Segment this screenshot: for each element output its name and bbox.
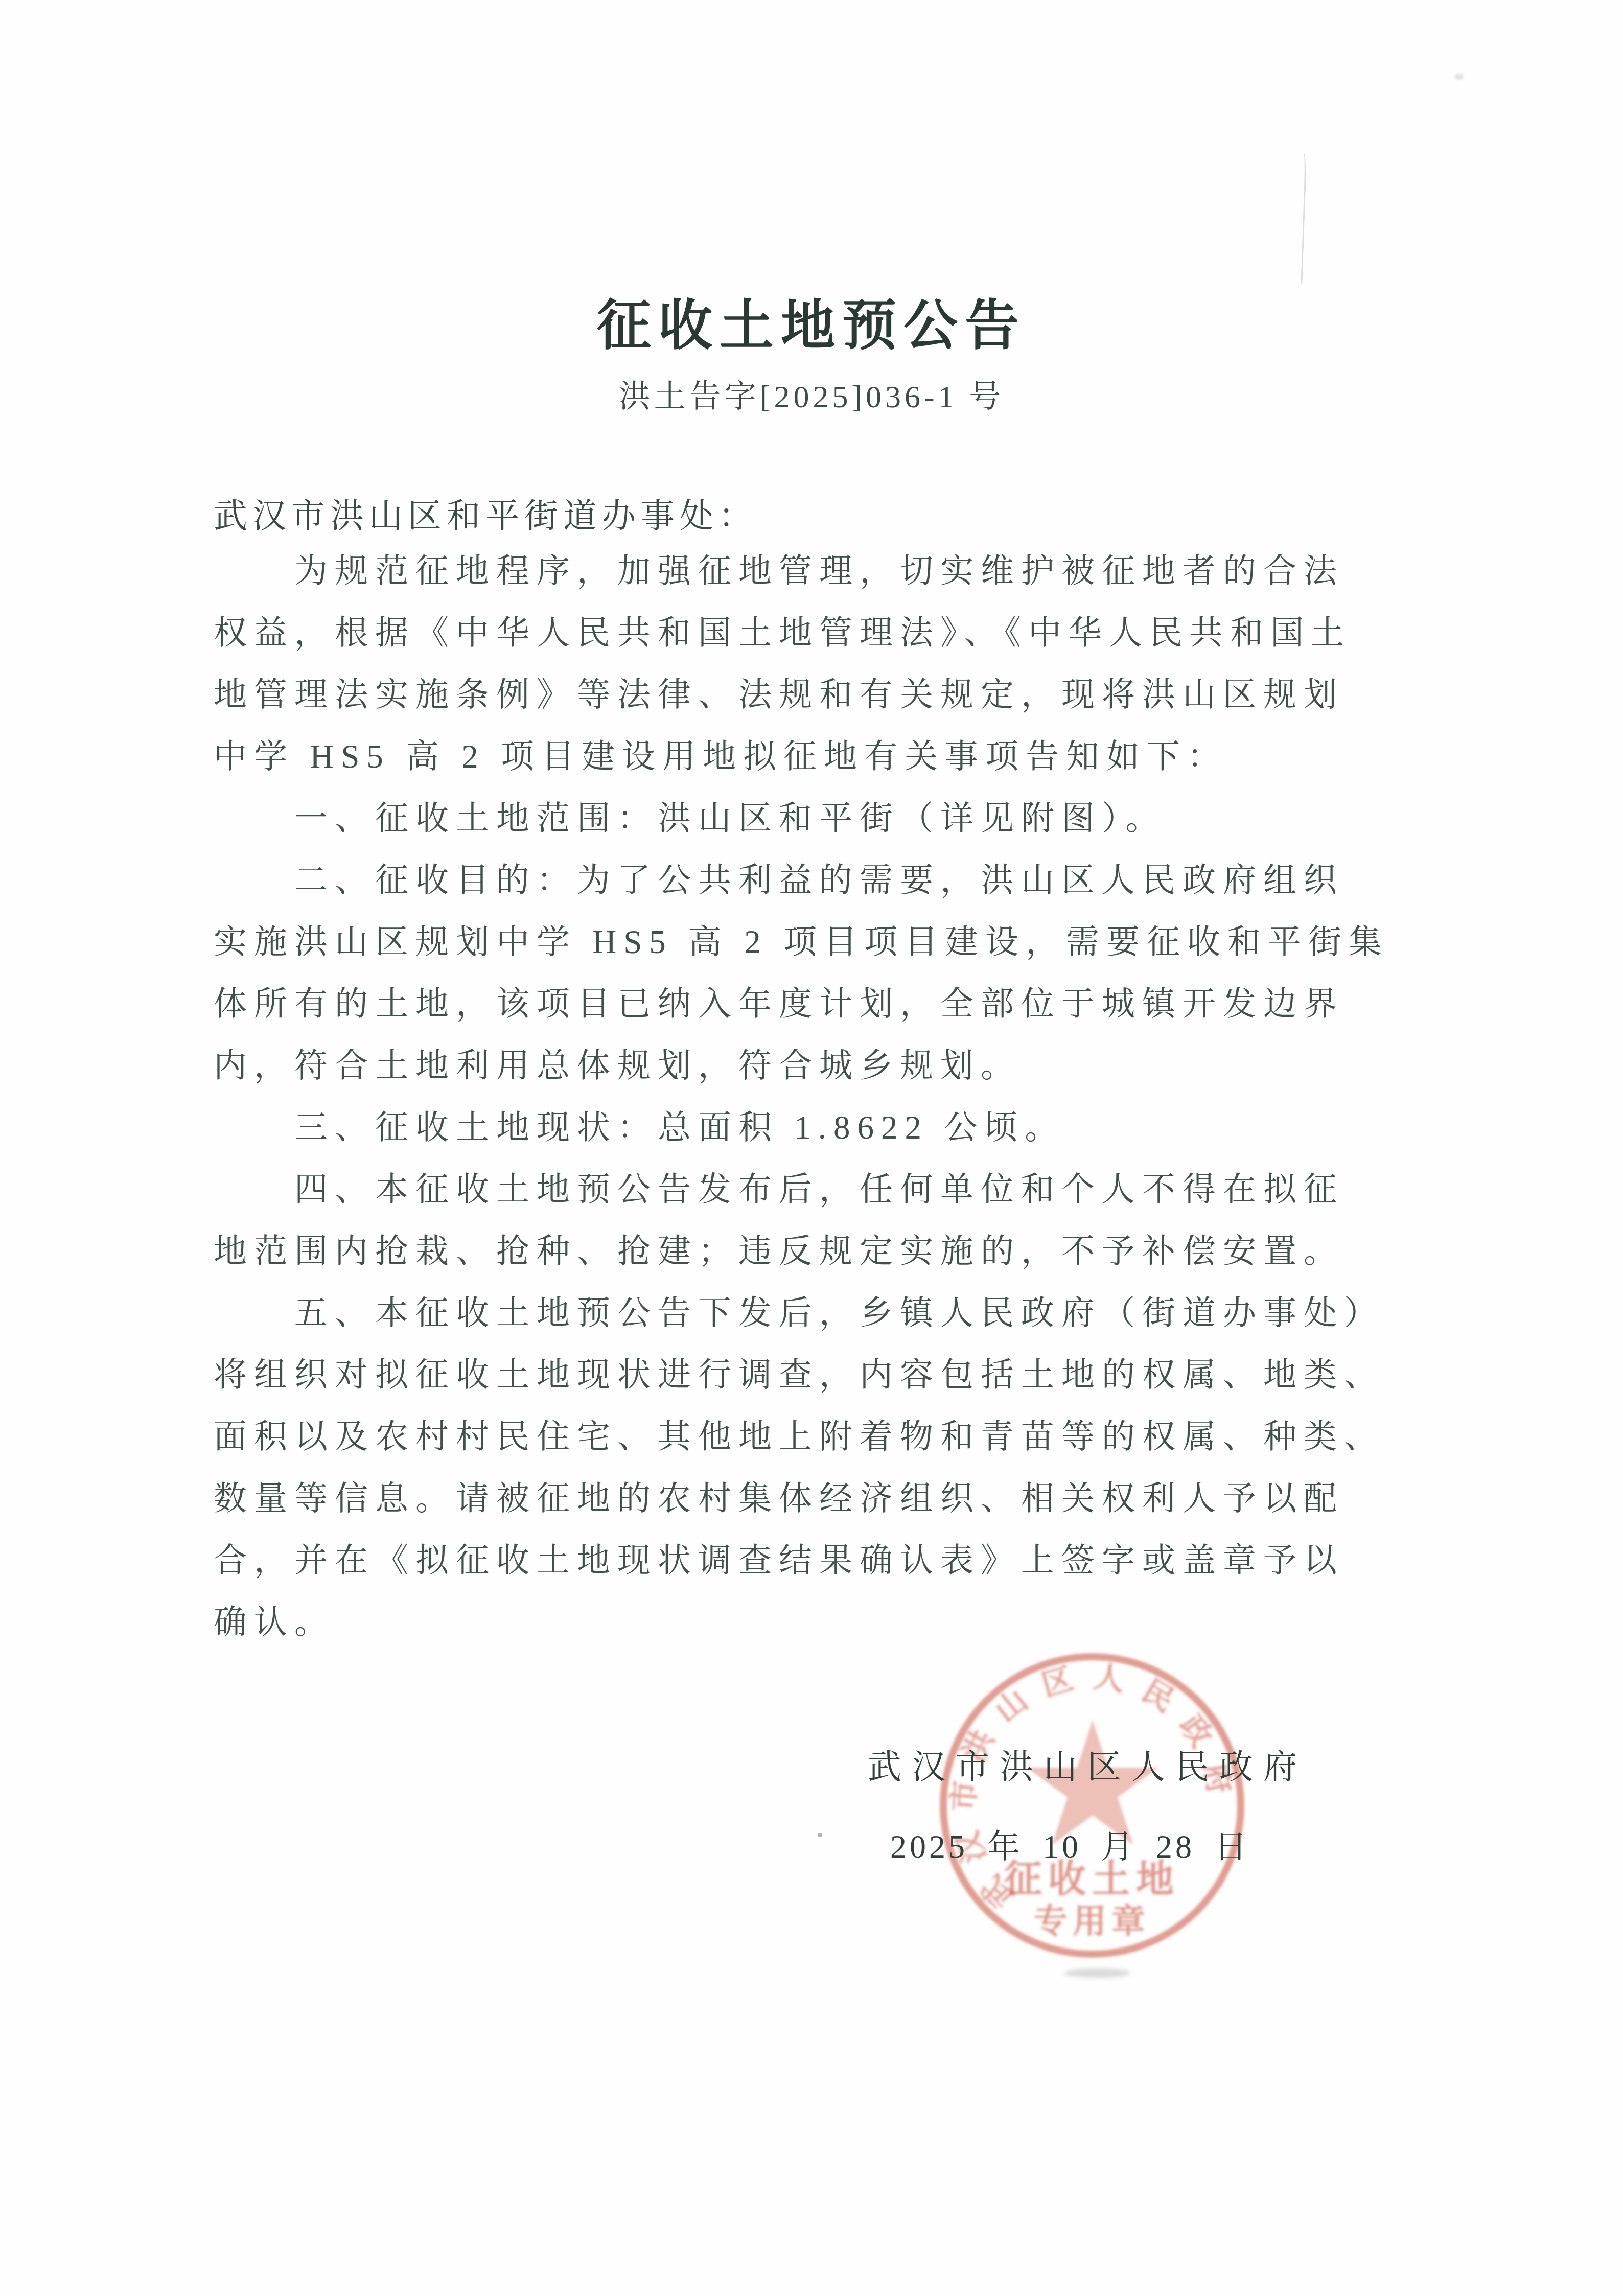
addressee-line: 武汉市洪山区和平街道办事处：	[214, 489, 757, 537]
body-line: 确认。	[214, 1592, 1435, 1654]
body-line: 合，并在《拟征收土地现状调查结果确认表》上签字或盖章予以	[214, 1530, 1435, 1592]
issue-date: 2025 年 10 月 28 日	[890, 1820, 1250, 1867]
page-title: 征收土地预公告	[0, 282, 1623, 360]
scan-artifact-smudge	[1064, 1968, 1130, 1978]
body-line: 三、征收土地现状：总面积 1.8622 公顷。	[214, 1097, 1435, 1159]
body-line: 一、征收土地范围：洪山区和平街（详见附图）。	[214, 788, 1435, 850]
body-line: 权益，根据《中华人民共和国土地管理法》、《中华人民共和国土	[214, 602, 1435, 664]
body-line: 五、本征收土地预公告下发后，乡镇人民政府（街道办事处）	[214, 1283, 1435, 1344]
body-line: 实施洪山区规划中学 HS5 高 2 项目项目建设，需要征收和平街集	[214, 912, 1435, 973]
body-line: 面积以及农村村民住宅、其他地上附着物和青苗等的权属、种类、	[214, 1406, 1435, 1468]
body-line: 地范围内抢栽、抢种、抢建；违反规定实施的，不予补偿安置。	[214, 1221, 1435, 1283]
body-line: 体所有的土地，该项目已纳入年度计划，全部位于城镇开发边界	[214, 973, 1435, 1035]
body-line: 二、征收目的：为了公共利益的需要，洪山区人民政府组织	[214, 850, 1435, 912]
scan-artifact-dot	[818, 1833, 822, 1837]
body-line: 地管理法实施条例》等法律、法规和有关规定，现将洪山区规划	[214, 664, 1435, 726]
official-seal: 武汉市洪山区人民政府 征收土地 专用章	[936, 1649, 1249, 1965]
scanned-document-page: 征收土地预公告 洪土告字[2025]036-1 号 武汉市洪山区和平街道办事处：…	[0, 0, 1623, 2296]
document-body: 为规范征地程序，加强征地管理，切实维护被征地者的合法权益，根据《中华人民共和国土…	[214, 541, 1435, 1654]
document-number: 洪土告字[2025]036-1 号	[0, 371, 1623, 416]
body-line: 将组织对拟征收土地现状进行调查，内容包括土地的权属、地类、	[214, 1344, 1435, 1406]
body-line: 四、本征收土地预公告发布后，任何单位和个人不得在拟征	[214, 1159, 1435, 1221]
body-line: 数量等信息。请被征地的农村集体经济组织、相关权利人予以配	[214, 1468, 1435, 1530]
seal-text-line2: 专用章	[1034, 1903, 1150, 1940]
scan-artifact-curve	[1296, 152, 1307, 284]
body-line: 内，符合土地利用总体规划，符合城乡规划。	[214, 1035, 1435, 1097]
body-line: 为规范征地程序，加强征地管理，切实维护被征地者的合法	[214, 541, 1435, 602]
issuer-signature: 武汉市洪山区人民政府	[868, 1740, 1307, 1788]
body-line: 中学 HS5 高 2 项目建设用地拟征地有关事项告知如下：	[214, 726, 1435, 788]
scan-artifact-smudge	[1454, 74, 1464, 80]
